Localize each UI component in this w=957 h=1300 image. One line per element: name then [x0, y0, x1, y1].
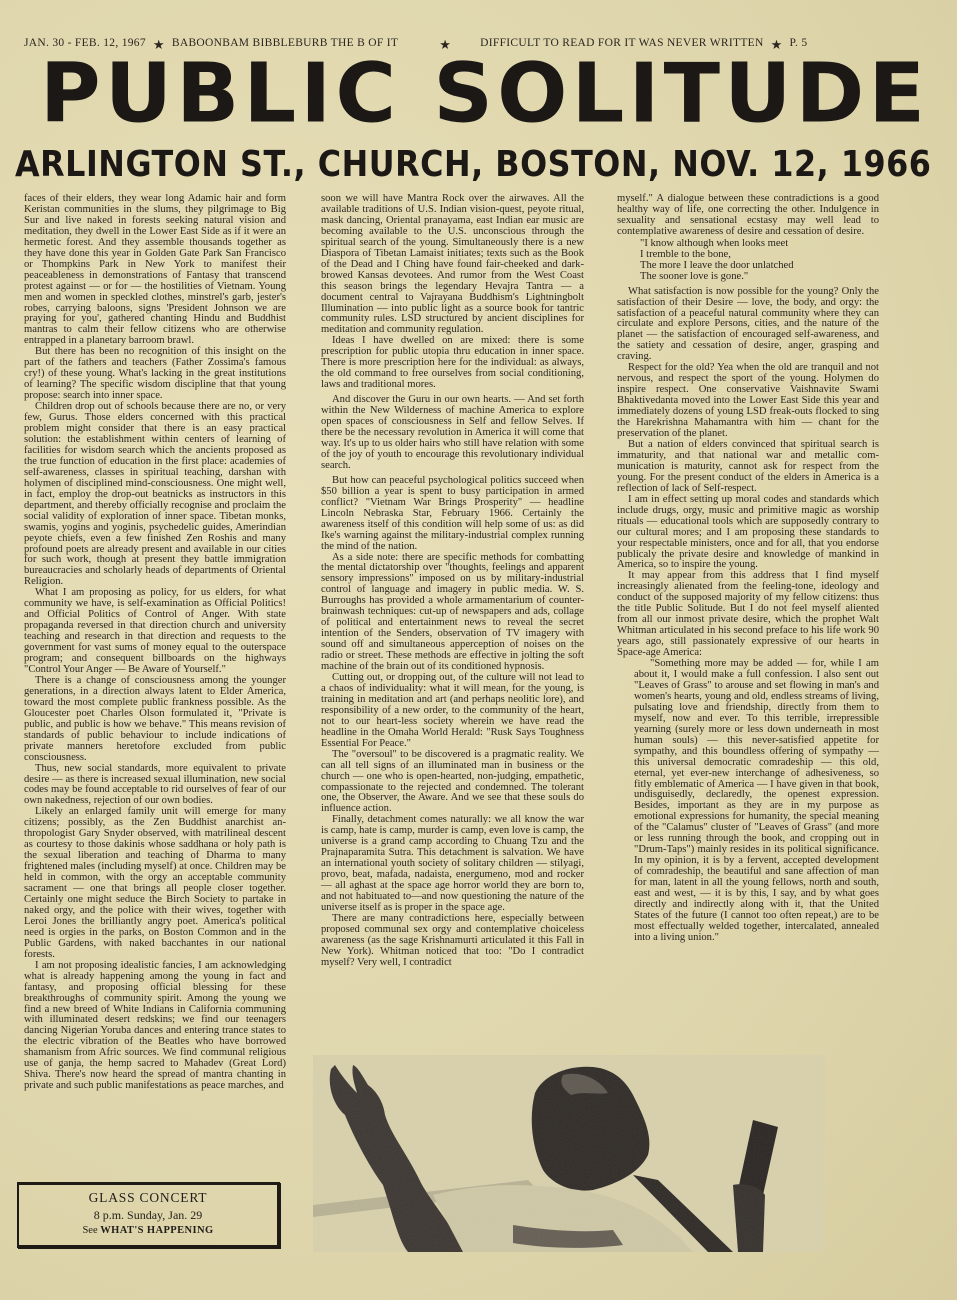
paragraph: It may appear from this address that I f…: [617, 571, 879, 659]
page-title: PUBLIC SOLITUDE: [40, 50, 920, 138]
paragraph: But a nation of elders convinced that sp…: [617, 440, 879, 495]
article-column-2: soon we will have Mantra Rock over the a…: [321, 194, 584, 969]
paragraph: Cutting out, or dropping out, of the cul…: [321, 673, 584, 750]
paragraph: Children drop out of schools because the…: [24, 402, 286, 588]
article-column-3: myself." A dialogue between these contra…: [617, 194, 879, 944]
paragraph: The "oversoul" to be discovered is a pra…: [321, 750, 584, 816]
whitman-blockquote: "Something more may be added — for, whil…: [617, 659, 879, 944]
paragraph: faces of their elders, they wear long Ad…: [24, 194, 286, 347]
paragraph: What satisfaction is now possible for th…: [617, 287, 879, 364]
ad-title: GLASS CONCERT: [19, 1190, 277, 1206]
paragraph: As a side note: there are specific metho…: [321, 553, 584, 673]
paragraph: soon we will have Mantra Rock over the a…: [321, 194, 584, 336]
ad-see-prefix: See: [82, 1225, 97, 1236]
photo-figure-icon: [313, 1055, 825, 1252]
paragraph: What I am proposing as policy, for us el…: [24, 588, 286, 676]
paragraph: myself." A dialogue between these contra…: [617, 194, 879, 238]
subheadline: ARLINGTON ST., CHURCH, BOSTON, NOV. 12, …: [15, 142, 957, 189]
paragraph: Likely an enlarged family unit will emer…: [24, 807, 286, 960]
paragraph: There is a change of consciousness among…: [24, 676, 286, 764]
paragraph: There are many contradictions here, espe…: [321, 914, 584, 969]
ad-time: 8 p.m. Sunday, Jan. 29: [19, 1208, 277, 1223]
quote-paragraph: "Something more may be added — for, whil…: [634, 659, 879, 944]
poem-line: The sooner love is gone.": [640, 272, 879, 283]
article-column-1: faces of their elders, they wear long Ad…: [24, 194, 286, 1092]
paragraph: I am in effect setting up moral codes an…: [617, 495, 879, 572]
paragraph: But there has been no recognition of thi…: [24, 347, 286, 402]
glass-concert-ad: GLASS CONCERT 8 p.m. Sunday, Jan. 29 See…: [17, 1182, 280, 1248]
paragraph: I am not proposing idealistic fancies, I…: [24, 961, 286, 1092]
ad-see-link: WHAT'S HAPPENING: [100, 1225, 213, 1236]
paragraph: Finally, detachment comes naturally: we …: [321, 815, 584, 914]
photograph: [313, 1055, 825, 1252]
poem-quote: "I know although when looks meet I tremb…: [617, 239, 879, 283]
paragraph: Respect for the old? Yea when the old ar…: [617, 363, 879, 440]
ad-reference: See WHAT'S HAPPENING: [19, 1225, 277, 1236]
paragraph: But how can peaceful psychological polit…: [321, 476, 584, 553]
paragraph: Ideas I have dwelled on are mixed: there…: [321, 336, 584, 391]
paragraph: And discover the Guru in our own hearts.…: [321, 395, 584, 472]
paragraph: Thus, new social standards, more equival…: [24, 764, 286, 808]
